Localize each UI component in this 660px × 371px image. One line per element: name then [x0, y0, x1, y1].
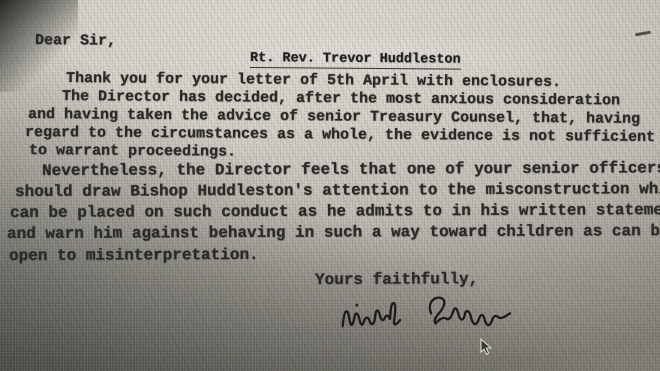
letter-line: and warn him against behaving in such a … [7, 222, 660, 243]
recipient-heading: Rt. Rev. Trevor Huddleston [250, 51, 461, 70]
letter-line: Nevertheless, the Director feels that on… [42, 159, 660, 180]
letter-line: open to misinterpretation. [9, 246, 259, 265]
letter-line: to warrant proceedings. [29, 142, 236, 161]
signature [337, 279, 541, 342]
letter-photo: Dear Sir, Rt. Rev. Trevor Huddleston Tha… [0, 0, 660, 371]
mouse-cursor-icon [479, 338, 493, 356]
salutation: Dear Sir, [35, 32, 116, 50]
letter-line: can be placed on such conduct as he admi… [10, 201, 660, 222]
letter-line: should draw Bishop Huddleston's attentio… [15, 180, 660, 201]
handwritten-dash [635, 31, 651, 37]
